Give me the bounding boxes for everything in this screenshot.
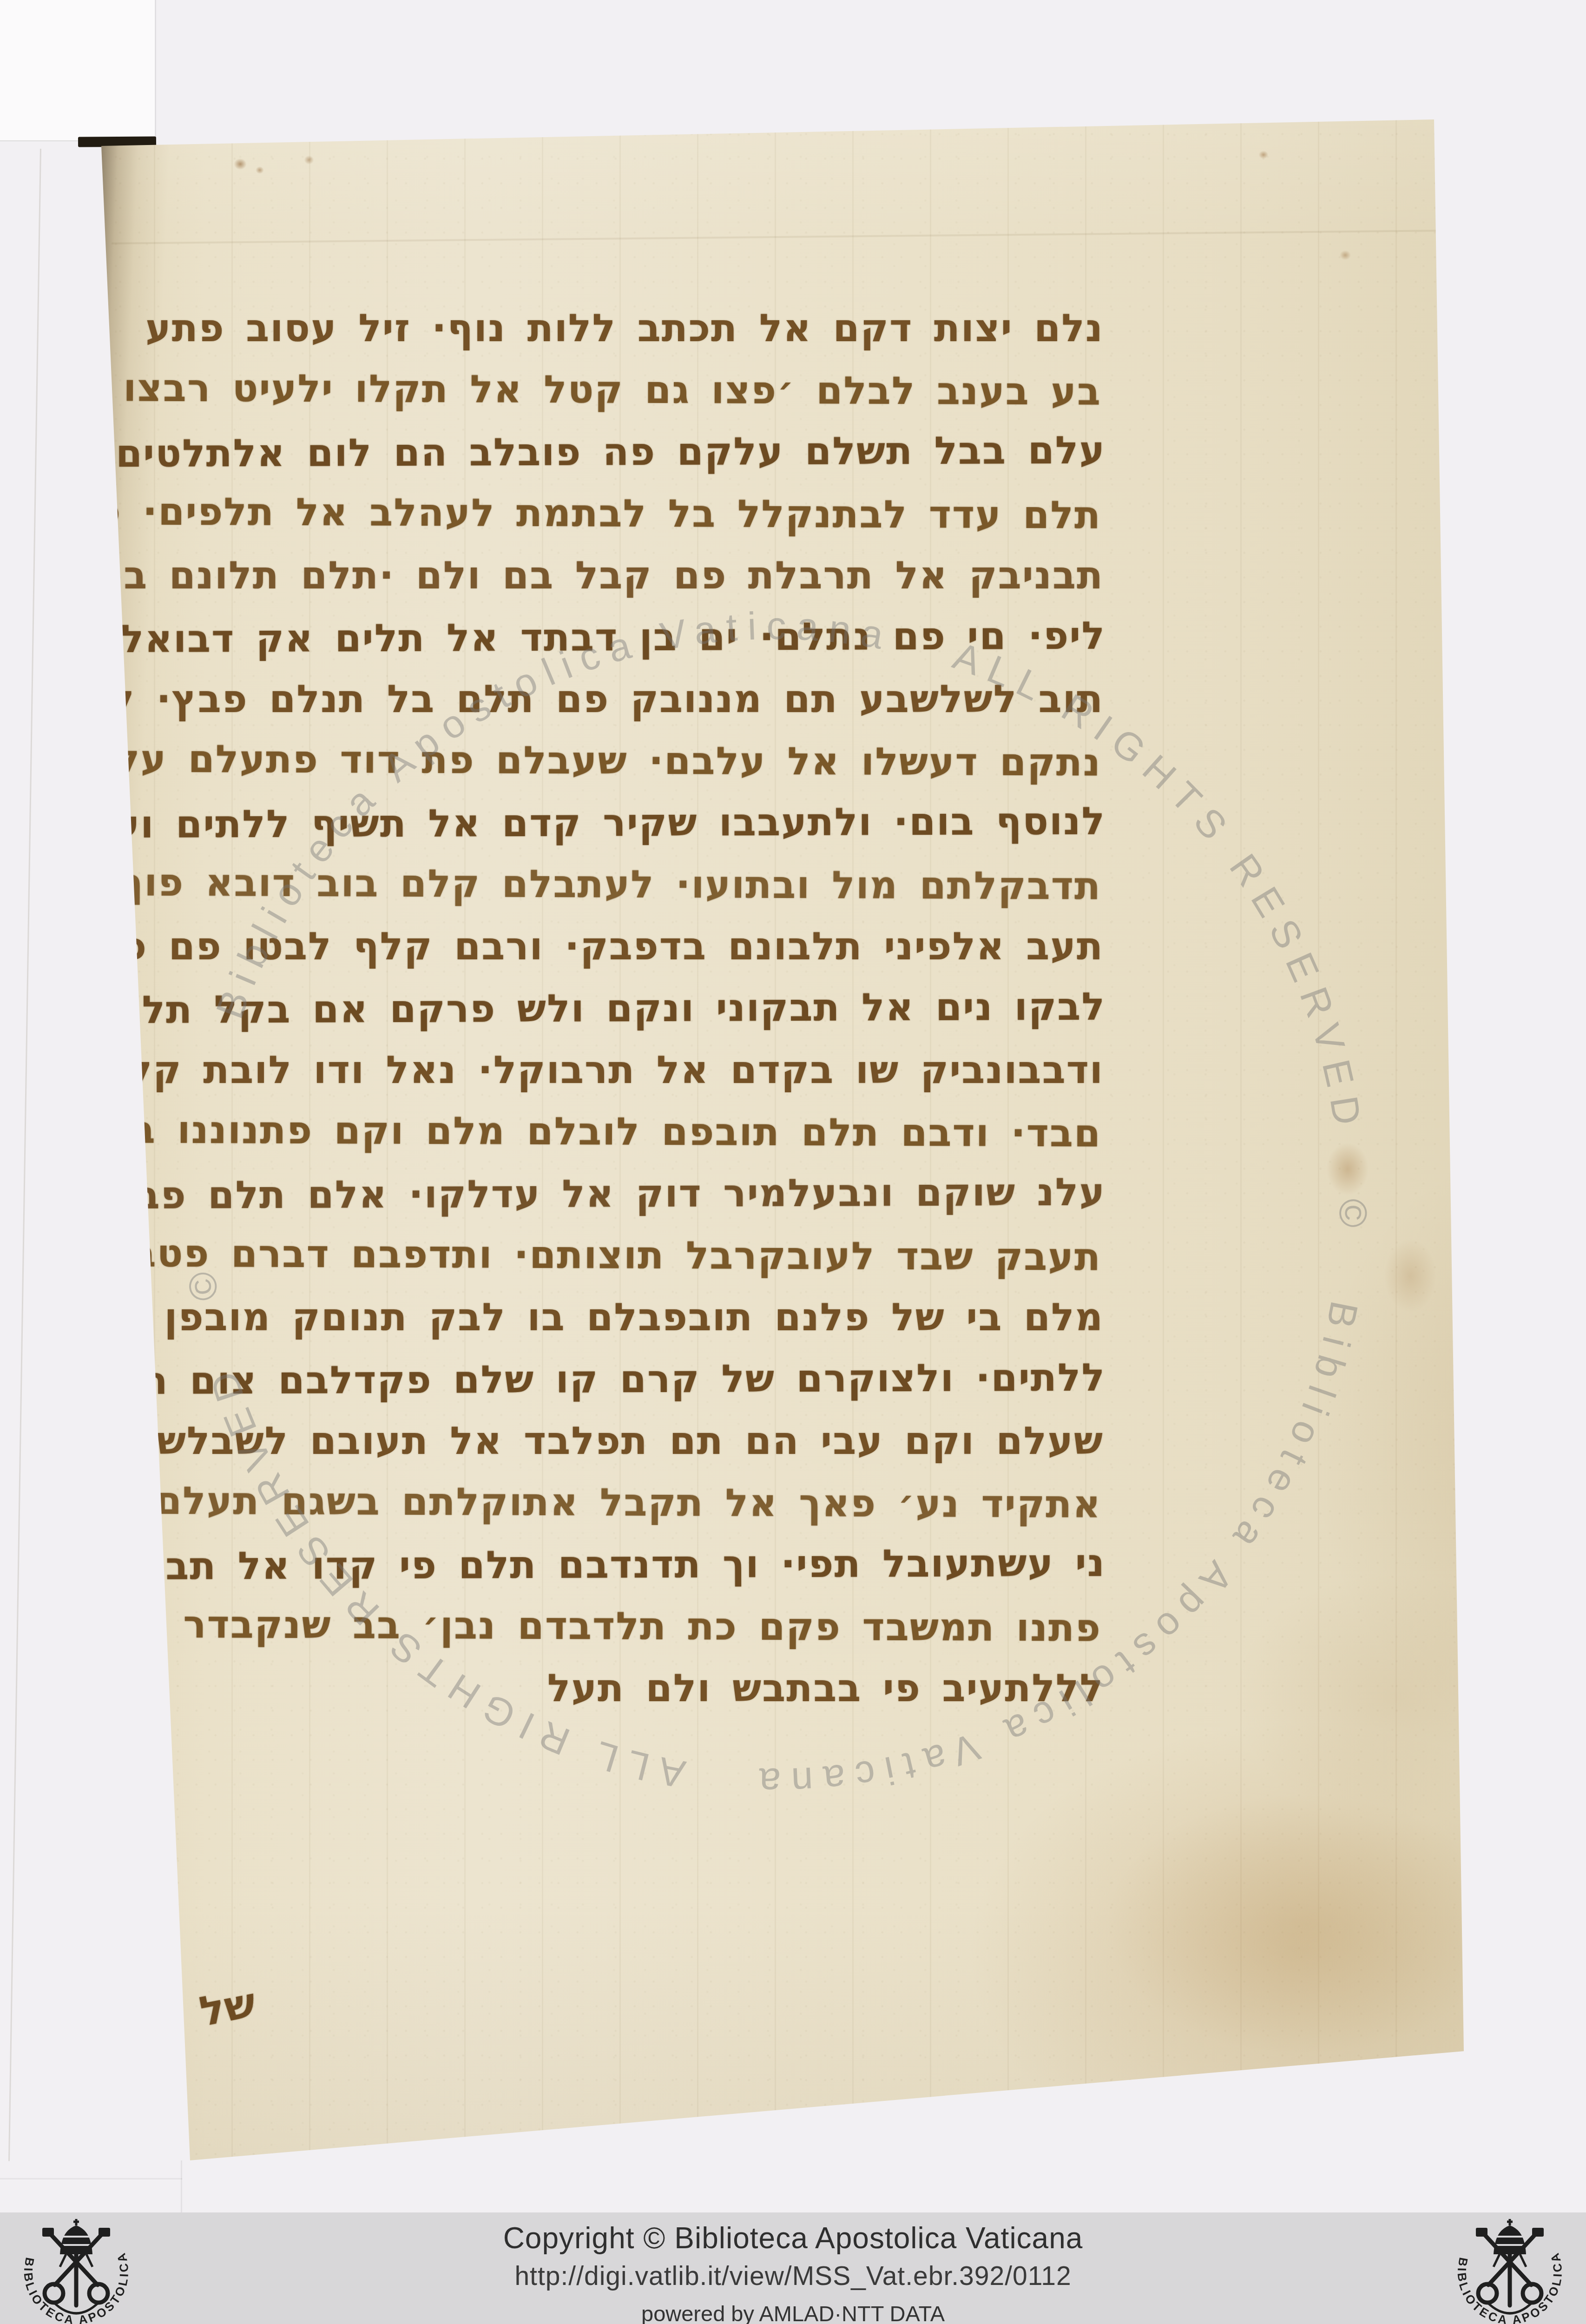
- manuscript-line: לללתעיב פי בבתבש ולם תעל: [221, 1657, 1104, 1719]
- manuscript-line: עלם בבל תשלם עלקם פה פובלב הם לום אלתלטי…: [223, 420, 1106, 485]
- manuscript-line: לנוסף בום· ולתעבבו שקיר קדם אל תשיף ללתי…: [223, 791, 1106, 856]
- tiara-and-keys-emblem: [1476, 2219, 1544, 2313]
- ink-spot: [232, 157, 248, 171]
- manuscript-line: תוב לשלשבע תם מננובק פם תלם בל תנלם פבץ·…: [221, 668, 1104, 730]
- manuscript-line: שעלם וקם עבי הם תם תפלבד אל תעובם לשבלשב…: [221, 1410, 1104, 1472]
- footer-bar: Copyright © Biblioteca Apostolica Vatica…: [0, 2212, 1586, 2324]
- ink-spot: [303, 154, 315, 165]
- manuscript-line: תעבק שבד לעובקרבל תוצותם· ותדפבם דברם פט…: [218, 1223, 1101, 1288]
- manuscript-line: ודבבונביק שו בקדם אל תרבוקל· נאל ודו לוב…: [221, 1039, 1104, 1101]
- backing-card: [0, 0, 155, 141]
- manuscript-line: בע בענב לבלם ׳פצו גם קטל אל תקלו ילעיט ר…: [218, 357, 1101, 423]
- facing-page-edge-line: [8, 149, 41, 2161]
- manuscript-line: פתנו תמשבד פקם כת תלדבדם נבן׳ בב שנקבדר …: [218, 1594, 1101, 1659]
- manuscript-line: מלם בי של פלנם תובפבלם בו לבק תנוםק מובפ…: [221, 1287, 1104, 1348]
- backing-sheet-edge-vertical: [181, 2160, 182, 2214]
- manuscript-line: תדבקלתם מול ובתועו· לעתבלם קלם בוב דובא …: [218, 852, 1101, 917]
- manuscript-line: תעב אלפיני תלבונם בדפבק· ורבם קלף לבטו פ…: [221, 916, 1104, 977]
- manuscript-line: נלם יצות דקם אל תכתב ללות נוף· זיל עסוב …: [221, 297, 1104, 359]
- manuscript-line: ליפ· םי פם נתלם· ים בן דבתד אל תלים אק ד…: [223, 605, 1106, 670]
- ink-spot: [255, 165, 265, 175]
- manuscript-text-block: נלם יצות דקם אל תכתב ללות נוף· זיל עסוב …: [221, 297, 1104, 1719]
- manuscript-line: םבד· ודבם תלם תובפם לובלם מלם וקם פתנוננ…: [218, 1099, 1101, 1164]
- manuscript-line: לבקו נים אל תבקוני ונקם ולש פרקם אם בקל …: [223, 976, 1106, 1041]
- footer-url-line: http://digi.vatlib.it/view/MSS_Vat.ebr.3…: [0, 2261, 1586, 2291]
- ink-spot: [1257, 150, 1270, 160]
- manuscript-line: תלם עדד לבתנקלל בל לבתמת לעהלב אל תלפים·…: [218, 481, 1101, 546]
- manuscript-line: ללתים· ולצוקרם של קרם קו שלם פקדלבם צום …: [223, 1347, 1106, 1412]
- footer-copyright-line: Copyright © Biblioteca Apostolica Vatica…: [0, 2221, 1586, 2255]
- digitized-manuscript-scan: נלם יצות דקם אל תכתב ללות נוף· זיל עסוב …: [0, 0, 1586, 2324]
- manuscript-page: נלם יצות דקם אל תכתב ללות נוף· זיל עסוב …: [0, 0, 1586, 2324]
- footer-powered-by-line: powered by AMLAD·NTT DATA: [0, 2301, 1586, 2324]
- bav-logo-right: BIBLIOTECA APOSTOLICA VATICANA: [1440, 2216, 1579, 2324]
- backing-card-seam: [155, 0, 156, 141]
- ink-spot: [1338, 249, 1352, 261]
- bav-logo-left: BIBLIOTECA APOSTOLICA VATICANA: [7, 2216, 146, 2324]
- manuscript-line: נתקם דעשלו אל עלבם· שעבלם פת דוד פתעלם ע…: [218, 728, 1101, 793]
- manuscript-line: תבניבק אל תרבלת פם קבל בם ולם ·תלם תלונם…: [221, 545, 1104, 607]
- tiara-and-keys-emblem: [42, 2219, 110, 2313]
- backing-sheet-edge-horizontal: [0, 2178, 182, 2179]
- manuscript-line: אתקיד נע׳ פאך אל תקבל אתוקלתם בשגם תעלם …: [218, 1470, 1101, 1535]
- manuscript-line: עלנ שוקם ונבעלמיר דוק אל עדלקו· אלם תלם …: [223, 1162, 1106, 1227]
- manuscript-line: ני עשתעובל תפי· וך תדנדבם תלם פי קדו אל …: [223, 1532, 1106, 1598]
- footer-text-stack: Copyright © Biblioteca Apostolica Vatica…: [0, 2212, 1586, 2324]
